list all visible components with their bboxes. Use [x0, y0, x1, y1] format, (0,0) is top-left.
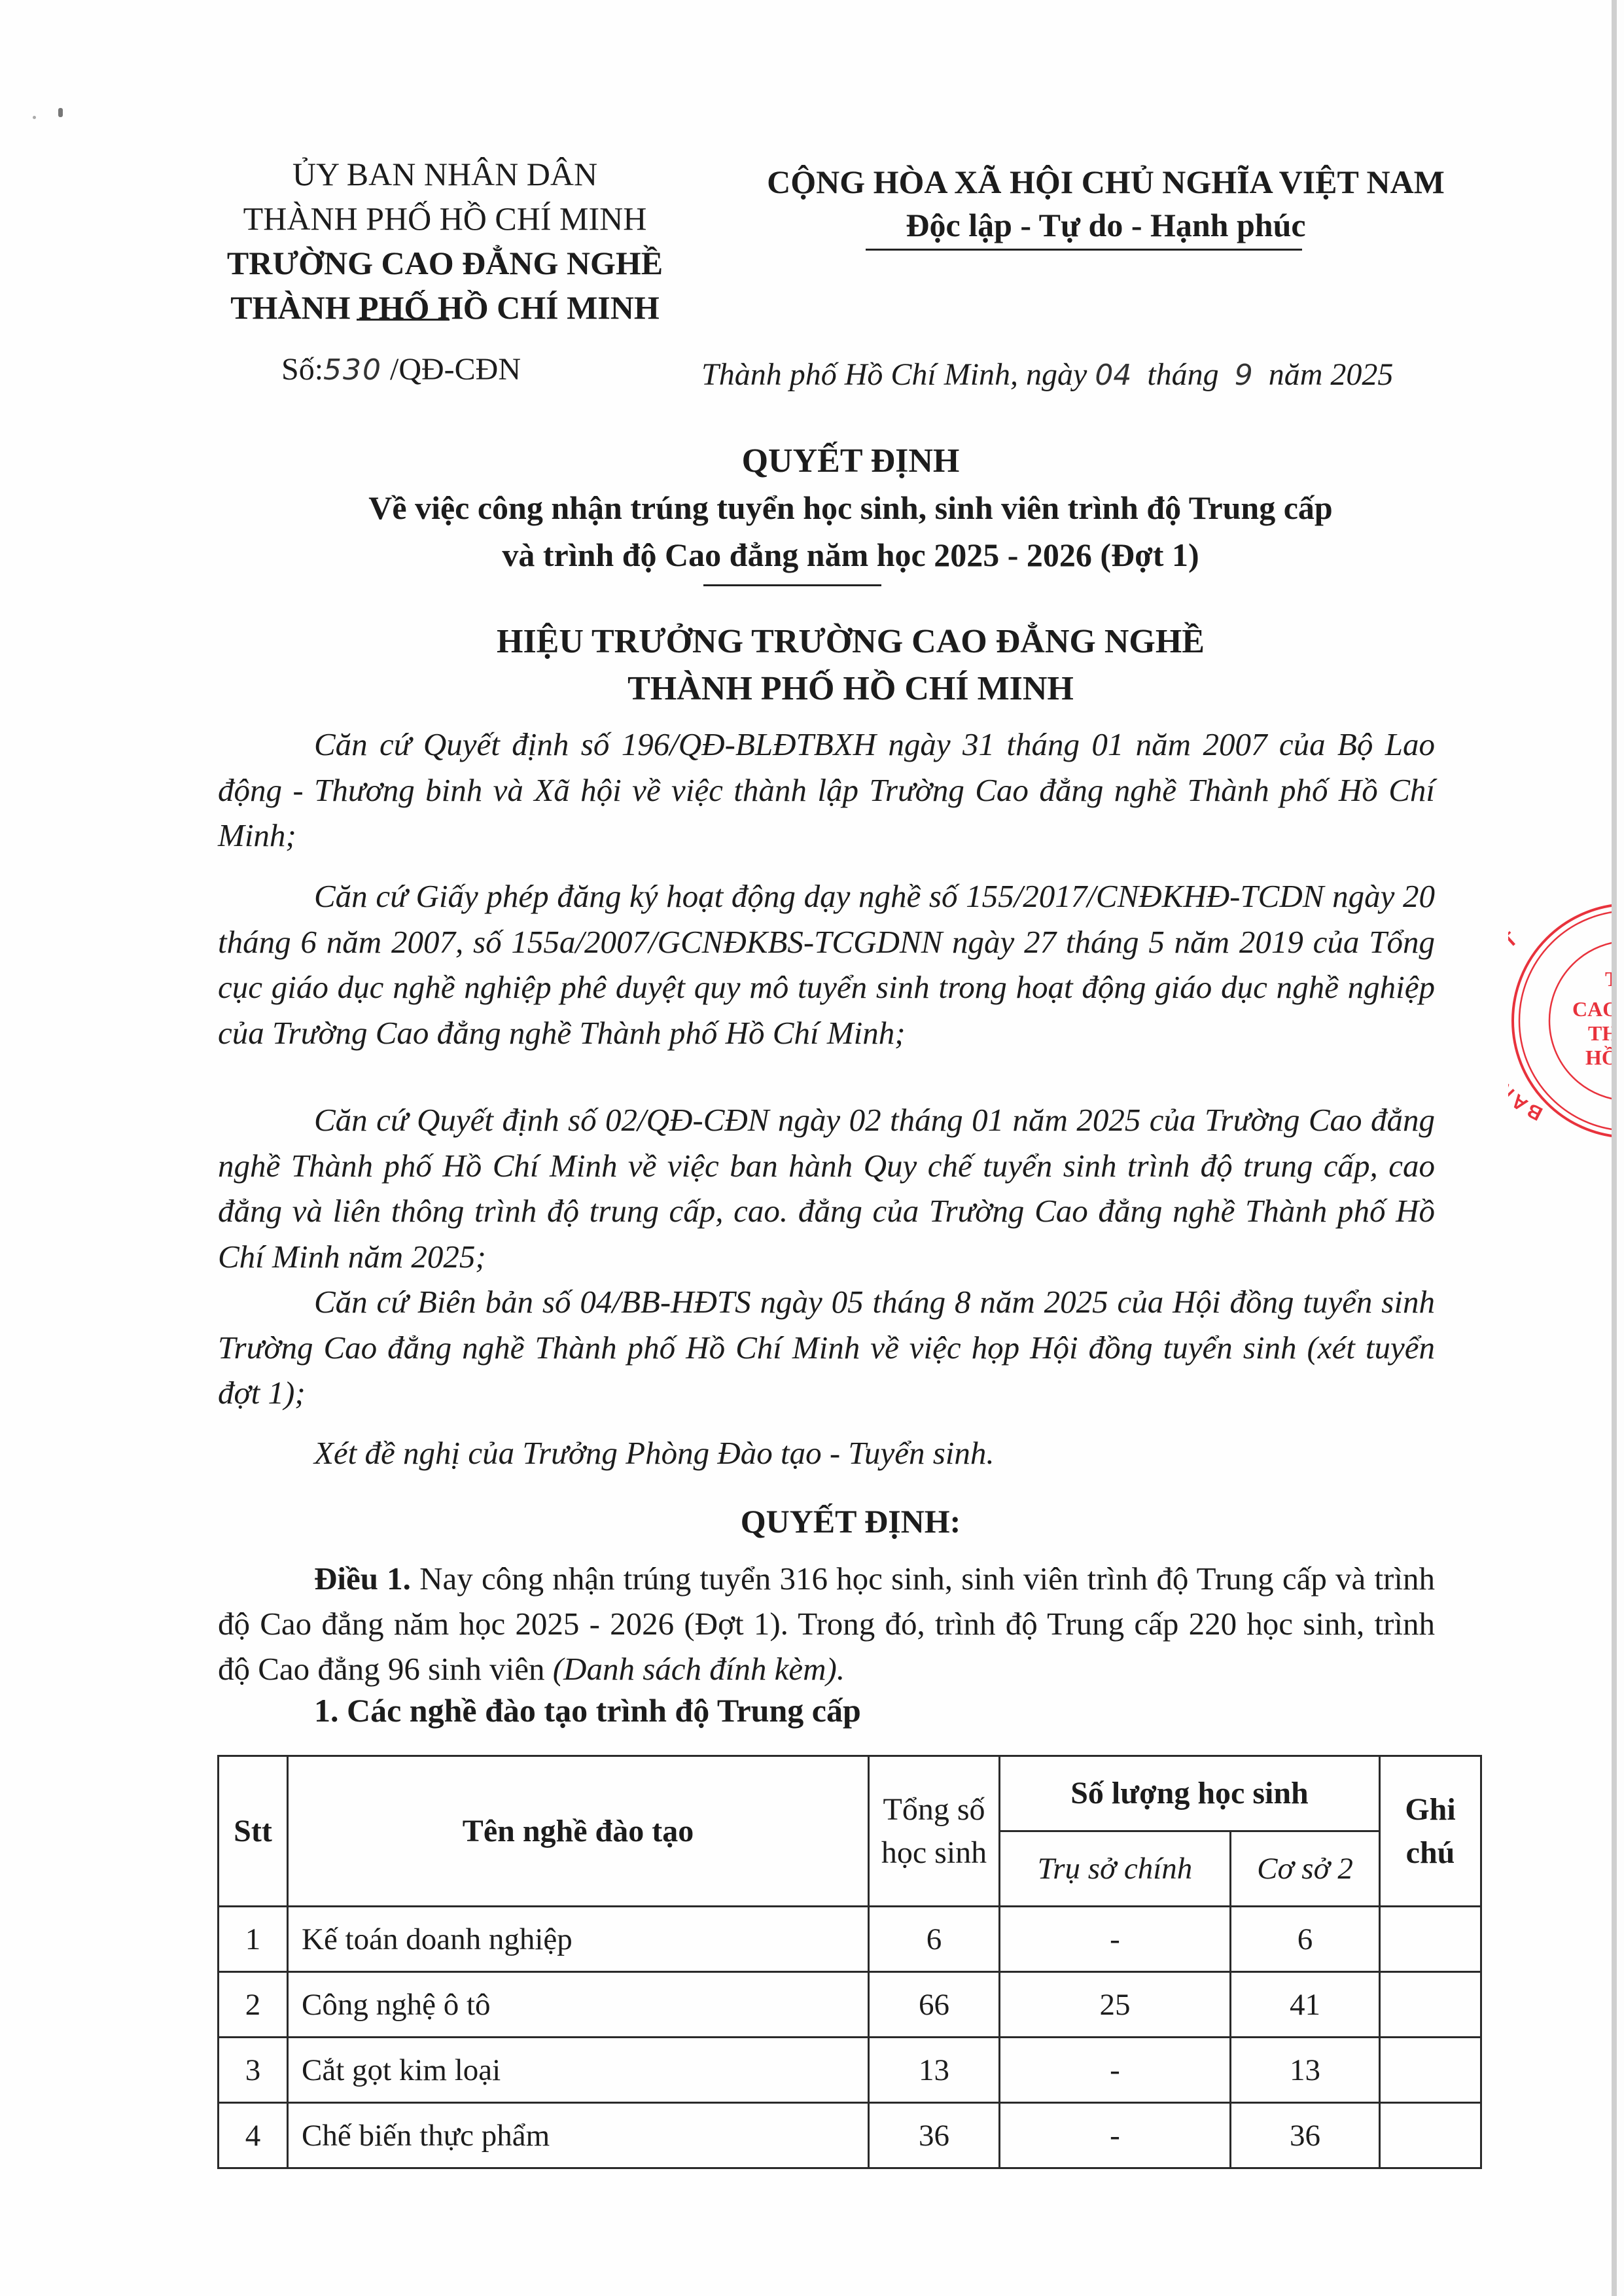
scan-speck: [58, 108, 63, 117]
table-row: 2Công nghệ ô tô662541: [219, 1972, 1481, 2038]
row-campus-2: 6: [1231, 1907, 1380, 1972]
row-main-campus: -: [1000, 1907, 1231, 1972]
legal-basis-3: Căn cứ Quyết định số 02/QĐ-CĐN ngày 02 t…: [218, 1097, 1435, 1279]
date-line: Thành phố Hồ Chí Minh, ngày 04 tháng 9 n…: [701, 357, 1393, 393]
row-total: 66: [869, 1972, 1000, 2038]
header-student-count: Số lượng học sinh: [1000, 1756, 1380, 1831]
proposal-basis: Xét đề nghị của Trưởng Phòng Đào tạo - T…: [218, 1430, 1435, 1476]
article-1-note: (Danh sách đính kèm).: [553, 1651, 845, 1687]
table-row: 3Cắt gọt kim loại13-13: [219, 2038, 1481, 2103]
section-1-title: 1. Các nghề đào tạo trình độ Trung cấp: [314, 1691, 861, 1729]
date-day: 04: [1095, 359, 1131, 392]
school-name-line-1: TRƯỜNG CAO ĐẲNG NGHỀ: [196, 241, 694, 285]
motto-underline: [866, 249, 1302, 251]
row-stt: 1: [219, 1907, 288, 1972]
table-row: 1Kế toán doanh nghiệp6-6: [219, 1907, 1481, 1972]
header-note: Ghi chú: [1380, 1756, 1481, 1907]
date-month: 9: [1235, 359, 1253, 392]
national-header: CỘNG HÒA XÃ HỘI CHỦ NGHĨA VIỆT NAM Độc l…: [700, 160, 1511, 247]
row-main-campus: -: [1000, 2103, 1231, 2168]
number-suffix: /QĐ-CĐN: [390, 352, 521, 387]
national-motto: Độc lập - Tự do - Hạnh phúc: [700, 203, 1511, 247]
decision-heading: QUYẾT ĐỊNH: [262, 438, 1439, 484]
article-1: Điều 1. Nay công nhận trúng tuyển 316 họ…: [218, 1556, 1435, 1691]
row-total: 36: [869, 2103, 1000, 2168]
handwritten-number: 530: [323, 353, 382, 387]
scan-page-edge: [1612, 0, 1617, 2296]
row-campus-2: 41: [1231, 1972, 1380, 2038]
title-underline: [703, 584, 881, 586]
row-main-campus: 25: [1000, 1972, 1231, 2038]
table-row: 4Chế biến thực phẩm36-36: [219, 2103, 1481, 2168]
number-prefix: Số:: [281, 352, 323, 387]
date-month-label: tháng: [1147, 357, 1218, 392]
row-note: [1380, 1907, 1481, 1972]
header-stt: Stt: [219, 1756, 288, 1907]
row-total: 13: [869, 2038, 1000, 2103]
scan-speck: [33, 116, 36, 119]
legal-basis-1: Căn cứ Quyết định số 196/QĐ-BLĐTBXH ngày…: [218, 722, 1435, 858]
row-campus-2: 13: [1231, 2038, 1380, 2103]
issuer-line-2: THÀNH PHỐ HỒ CHÍ MINH: [262, 665, 1439, 713]
row-stt: 3: [219, 2038, 288, 2103]
decision-subject-line-2: và trình độ Cao đẳng năm học 2025 - 2026…: [262, 531, 1439, 578]
decision-section-heading: QUYẾT ĐỊNH:: [262, 1502, 1439, 1540]
row-stt: 4: [219, 2103, 288, 2168]
authority-line-1: ỦY BAN NHÂN DÂN: [196, 152, 694, 196]
date-prefix: Thành phố Hồ Chí Minh, ngày: [701, 357, 1087, 392]
school-name-line-2: THÀNH PHỐ HỒ CHÍ MINH: [196, 285, 694, 330]
issuing-authority-header: ỦY BAN NHÂN DÂN THÀNH PHỐ HỒ CHÍ MINH TR…: [196, 152, 694, 330]
row-program-name: Công nghệ ô tô: [288, 1972, 869, 2038]
issuer-line-1: HIỆU TRƯỞNG TRƯỜNG CAO ĐẲNG NGHỀ: [262, 618, 1439, 665]
decision-title: QUYẾT ĐỊNH Về việc công nhận trúng tuyển…: [262, 438, 1439, 578]
authority-line-2: THÀNH PHỐ HỒ CHÍ MINH: [196, 196, 694, 241]
intermediate-admission-table: Stt Tên nghề đào tạo Tổng số học sinh Số…: [217, 1755, 1482, 2169]
row-note: [1380, 2103, 1481, 2168]
date-year: năm 2025: [1269, 357, 1394, 392]
national-title: CỘNG HÒA XÃ HỘI CHỦ NGHĨA VIỆT NAM: [700, 160, 1511, 203]
row-total: 6: [869, 1907, 1000, 1972]
legal-basis-2: Căn cứ Giấy phép đăng ký hoạt động dạy n…: [218, 874, 1435, 1055]
scan-margin: [1617, 0, 1624, 2296]
row-note: [1380, 2038, 1481, 2103]
document-number: Số:530 /QĐ-CĐN: [281, 351, 521, 387]
row-campus-2: 36: [1231, 2103, 1380, 2168]
article-1-label: Điều 1.: [314, 1561, 411, 1597]
row-main-campus: -: [1000, 2038, 1231, 2103]
row-note: [1380, 1972, 1481, 2038]
left-header-underline: [357, 319, 450, 321]
official-seal-stamp: BAN NHÂN DÂN T T CAO Đ TH HỒ: [1508, 900, 1624, 1142]
row-stt: 2: [219, 1972, 288, 2038]
row-program-name: Kế toán doanh nghiệp: [288, 1907, 869, 1972]
header-program-name: Tên nghề đào tạo: [288, 1756, 869, 1907]
header-campus-2: Cơ sở 2: [1231, 1831, 1380, 1907]
header-main-campus: Trụ sở chính: [1000, 1831, 1231, 1907]
row-program-name: Chế biến thực phẩm: [288, 2103, 869, 2168]
row-program-name: Cắt gọt kim loại: [288, 2038, 869, 2103]
legal-basis-4: Căn cứ Biên bản số 04/BB-HĐTS ngày 05 th…: [218, 1279, 1435, 1416]
header-total: Tổng số học sinh: [869, 1756, 1000, 1907]
decision-subject-line-1: Về việc công nhận trúng tuyển học sinh, …: [262, 484, 1439, 531]
issuer-title: HIỆU TRƯỞNG TRƯỜNG CAO ĐẲNG NGHỀ THÀNH P…: [262, 618, 1439, 713]
